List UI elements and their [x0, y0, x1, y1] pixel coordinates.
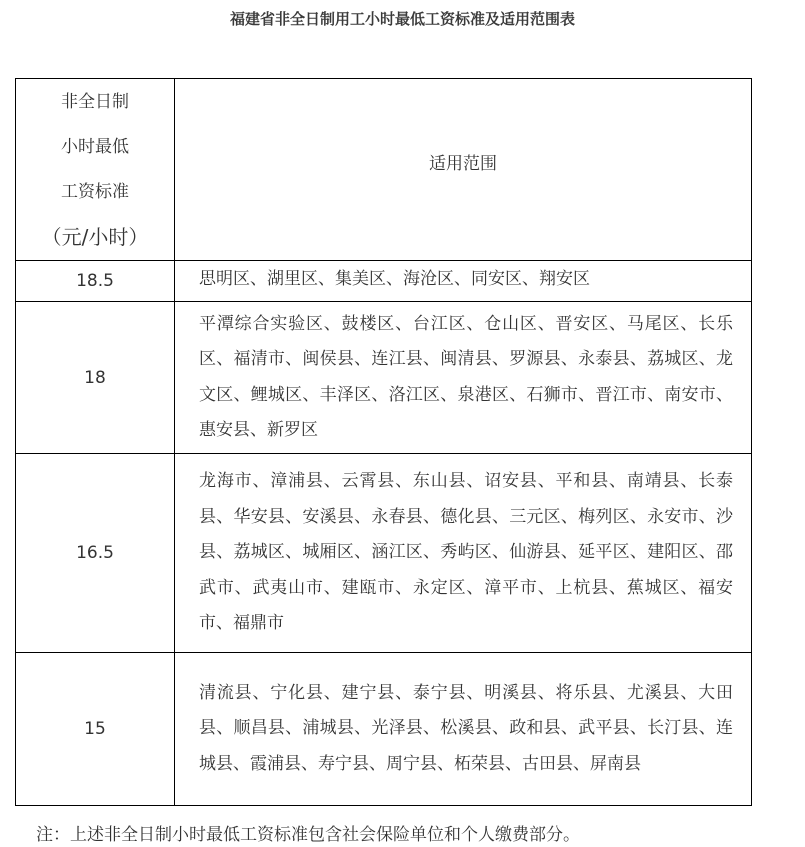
- header-scope-label: 适用范围: [175, 149, 751, 174]
- table-header-row: 非全日制 小时最低 工资标准 （元/小时） 适用范围: [16, 79, 752, 261]
- table-row: 16.5 龙海市、漳浦县、云霄县、东山县、诏安县、平和县、南靖县、长泰县、华安县…: [16, 454, 752, 653]
- regions-cell: 清流县、宁化县、建宁县、泰宁县、明溪县、将乐县、尤溪县、大田县、顺昌县、浦城县、…: [175, 653, 752, 806]
- header-wage-line: 非全日制: [16, 80, 174, 125]
- header-wage-line: 工资标准: [16, 170, 174, 215]
- table-row: 15 清流县、宁化县、建宁县、泰宁县、明溪县、将乐县、尤溪县、大田县、顺昌县、浦…: [16, 653, 752, 806]
- wage-standard-table: 非全日制 小时最低 工资标准 （元/小时） 适用范围 18.5 思明区、湖里区、…: [15, 78, 752, 806]
- regions-cell: 龙海市、漳浦县、云霄县、东山县、诏安县、平和县、南靖县、长泰县、华安县、安溪县、…: [175, 454, 752, 653]
- header-scope: 适用范围: [175, 79, 752, 261]
- header-wage-standard: 非全日制 小时最低 工资标准 （元/小时）: [16, 79, 175, 261]
- header-wage-line: 小时最低: [16, 125, 174, 170]
- wage-cell: 18.5: [16, 261, 175, 302]
- header-wage-unit: （元/小时）: [16, 215, 174, 260]
- footnote: 注：上述非全日制小时最低工资标准包含社会保险单位和个人缴费部分。: [36, 820, 580, 845]
- wage-cell: 18: [16, 302, 175, 454]
- wage-cell: 16.5: [16, 454, 175, 653]
- wage-cell: 15: [16, 653, 175, 806]
- table-row: 18.5 思明区、湖里区、集美区、海沧区、同安区、翔安区: [16, 261, 752, 302]
- table-row: 18 平潭综合实验区、鼓楼区、台江区、仓山区、晋安区、马尾区、长乐区、福清市、闽…: [16, 302, 752, 454]
- regions-cell: 平潭综合实验区、鼓楼区、台江区、仓山区、晋安区、马尾区、长乐区、福清市、闽侯县、…: [175, 302, 752, 454]
- regions-cell: 思明区、湖里区、集美区、海沧区、同安区、翔安区: [175, 261, 752, 302]
- document-title: 福建省非全日制用工小时最低工资标准及适用范围表: [0, 8, 805, 29]
